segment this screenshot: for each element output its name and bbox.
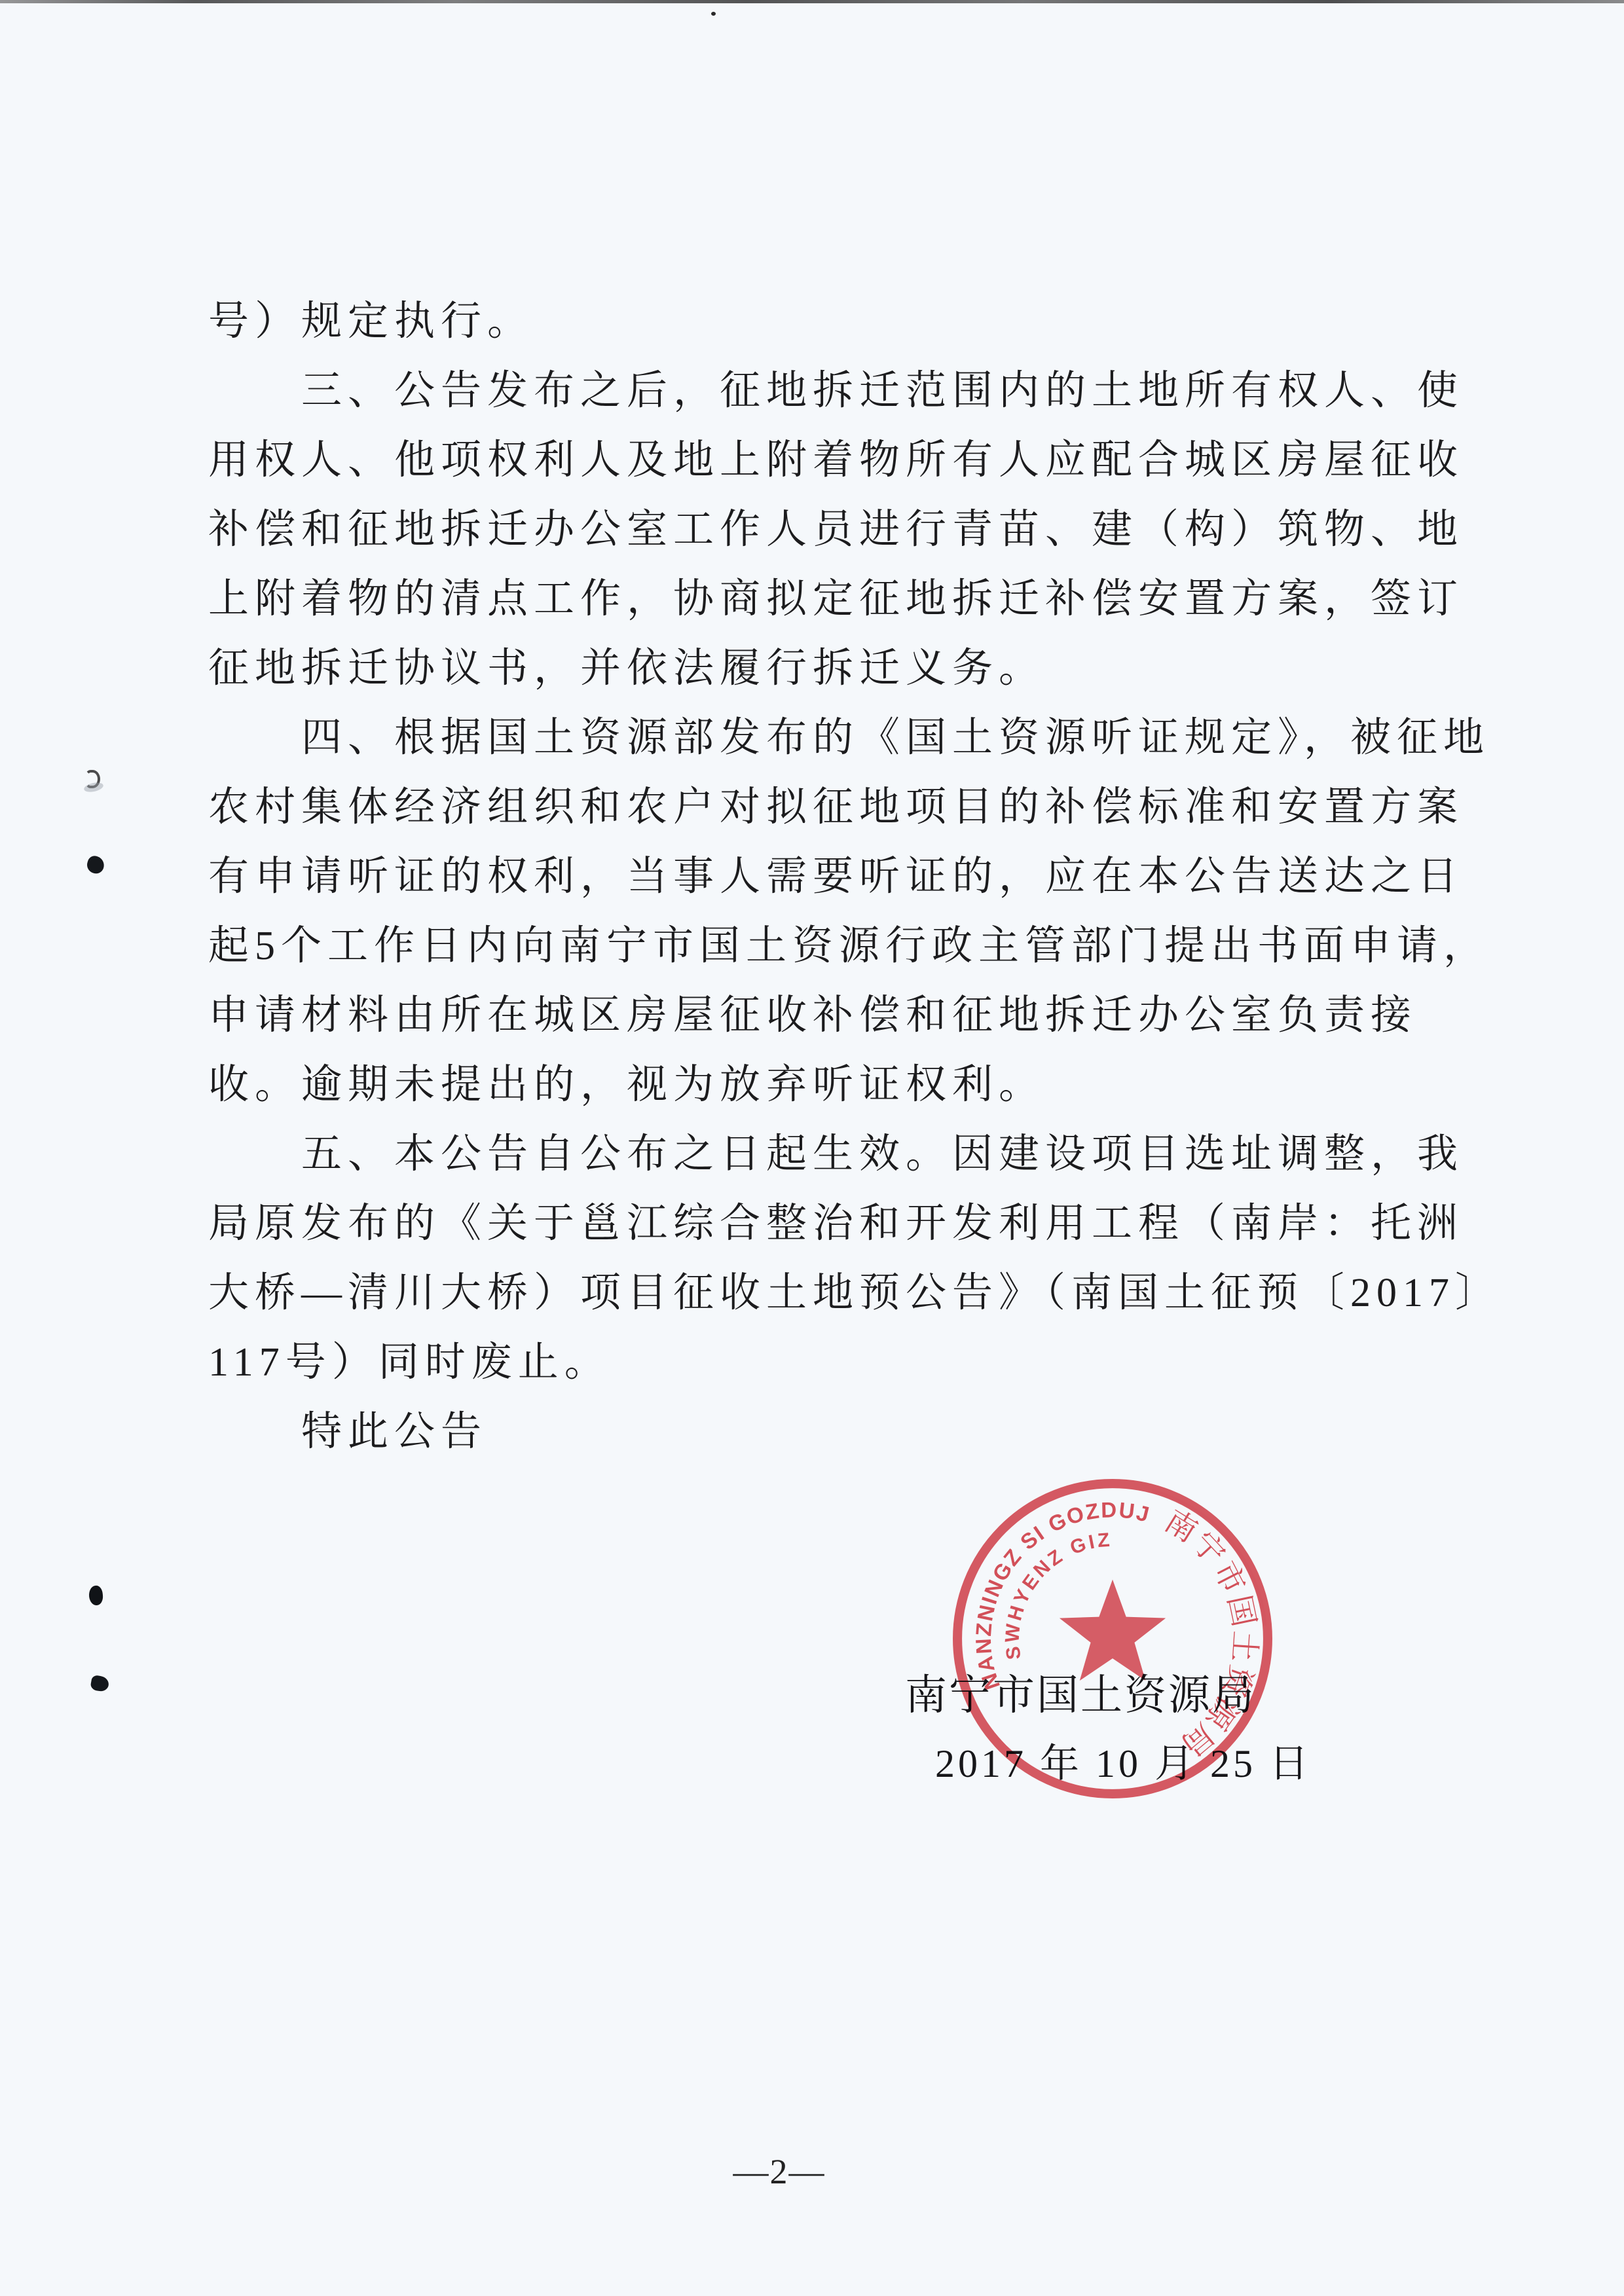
text-line: 号）规定执行。 — [208, 287, 1426, 356]
scan-edge-artifact — [0, 0, 1624, 3]
scan-artifact — [711, 12, 716, 16]
text-line: 申请材料由所在城区房屋征收补偿和征地拆迁办公室负责接 — [208, 981, 1426, 1050]
text-line: 大桥—清川大桥）项目征收土地预公告》（南国土征预〔2017〕 — [208, 1258, 1426, 1328]
official-seal-stamp: NANZNINGZ SI GOZDUJ 南宁市国土资源局 SWHYENZ GIZ — [948, 1474, 1277, 1803]
scan-artifact — [90, 1675, 110, 1692]
text-line: 三、公告发布之后，征地拆迁范围内的土地所有权人、使 — [208, 356, 1426, 426]
text-line: 五、本公告自公布之日起生效。因建设项目选址调整，我 — [208, 1120, 1426, 1189]
text-line: 农村集体经济组织和农户对拟征地项目的补偿标准和安置方案 — [208, 773, 1426, 842]
page-number: —2— — [681, 2151, 877, 2192]
text-line: 特此公告 — [208, 1397, 1426, 1467]
text-line: 上附着物的清点工作，协商拟定征地拆迁补偿安置方案，签订 — [208, 564, 1426, 634]
text-line: 四、根据国土资源部发布的《国土资源听证规定》，被征地 — [208, 703, 1426, 773]
scan-artifact — [88, 1585, 103, 1606]
text-line: 收。逾期未提出的，视为放弃听证权利。 — [208, 1050, 1426, 1120]
text-line: 117号）同时废止。 — [208, 1328, 1426, 1397]
text-line: 补偿和征地拆迁办公室工作人员进行青苗、建（构）筑物、地 — [208, 495, 1426, 564]
text-line: 有申请听证的权利，当事人需要听证的，应在本公告送达之日 — [208, 842, 1426, 911]
document-page: 号）规定执行。三、公告发布之后，征地拆迁范围内的土地所有权人、使用权人、他项权利… — [0, 0, 1624, 2296]
text-line: 用权人、他项权利人及地上附着物所有人应配合城区房屋征收 — [208, 426, 1426, 495]
scan-artifact — [85, 854, 107, 876]
text-line: 起5个工作日内向南宁市国土资源行政主管部门提出书面申请， — [208, 911, 1426, 981]
text-line: 征地拆迁协议书，并依法履行拆迁义务。 — [208, 634, 1426, 703]
seal-star-icon — [1060, 1580, 1166, 1681]
notice-body-text: 号）规定执行。三、公告发布之后，征地拆迁范围内的土地所有权人、使用权人、他项权利… — [208, 287, 1426, 1467]
text-line: 局原发布的《关于邕江综合整治和开发利用工程（南岸：托洲 — [208, 1189, 1426, 1258]
